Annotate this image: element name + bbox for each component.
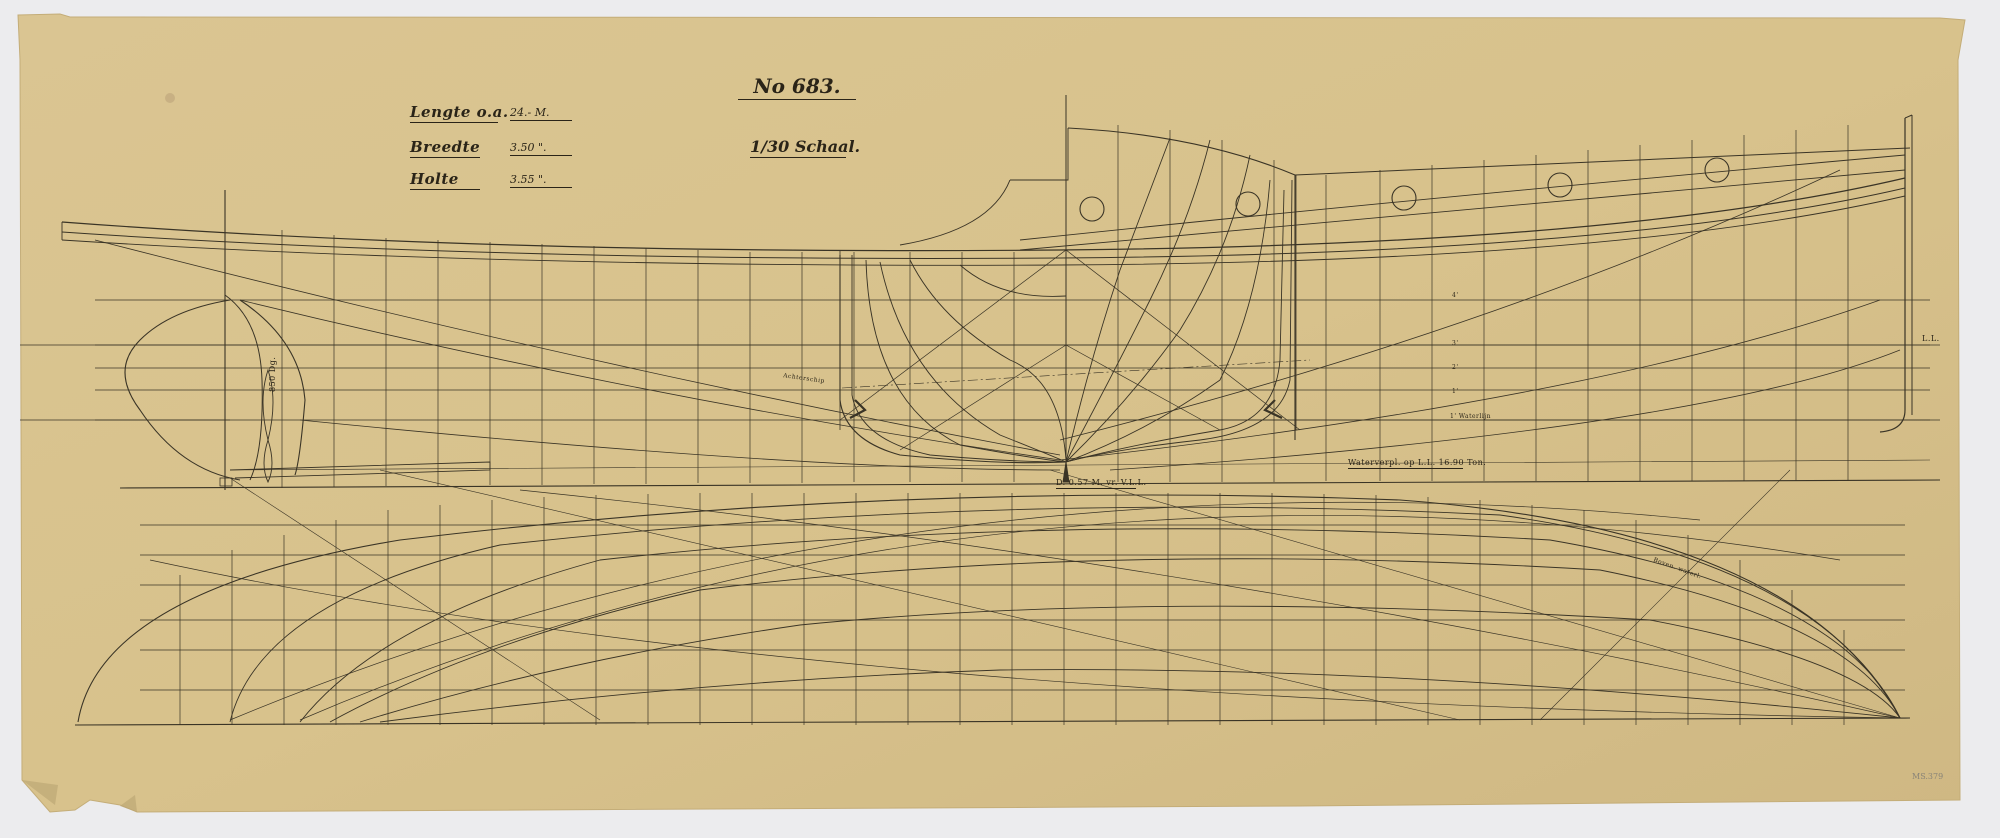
load-line-label: L.L. xyxy=(1922,334,1940,343)
drawing-scale: 1/30 Schaal. xyxy=(750,137,846,158)
spec-value-depth: 3.55 ". xyxy=(510,173,572,188)
spec-label-depth: Holte xyxy=(410,170,480,190)
spec-value-length: 24.- M. xyxy=(510,106,572,121)
propeller-label: 850 Dg. xyxy=(268,357,277,392)
water-displacement-label: Waterverpl. op L.L. 16.90 Ton. xyxy=(1348,458,1463,469)
waterline-mark-3: 3' xyxy=(1452,340,1458,347)
drawing-number: No 683. xyxy=(738,74,856,100)
spec-label-length: Lengte o.a. xyxy=(410,103,498,123)
waterline-mark-1: 1' xyxy=(1452,388,1458,395)
catalog-stamp: MS.379 xyxy=(1912,772,1943,781)
lines-drawing xyxy=(0,0,2000,838)
waterline-mark-4: 4' xyxy=(1452,292,1458,299)
waterline-mark-base: 1' Waterlijn xyxy=(1450,413,1491,420)
spec-label-breadth: Breedte xyxy=(410,138,480,158)
paper xyxy=(18,14,1965,812)
spec-value-breadth: 3.50 ". xyxy=(510,141,572,156)
waterline-mark-2: 2' xyxy=(1452,364,1458,371)
displacement-label: D. 0.57 M. vr. V.L.L. xyxy=(1056,478,1136,489)
ship-lines-plan-sheet: Lengte o.a. 24.- M. Breedte 3.50 ". Holt… xyxy=(0,0,2000,838)
